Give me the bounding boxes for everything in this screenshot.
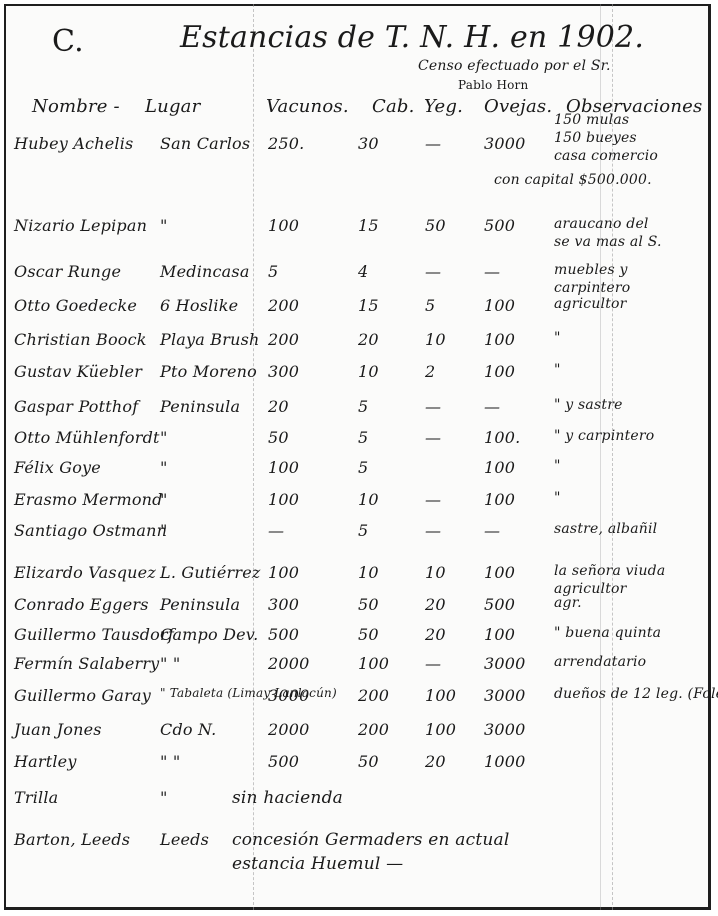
- cell-observaciones: " y carpintero: [554, 428, 654, 444]
- cell-nombre: Nizario Lepipan: [14, 216, 147, 235]
- cell-observaciones: araucano del: [554, 216, 649, 232]
- cell-vacunos: 200: [268, 296, 299, 315]
- fold-line: [253, 4, 254, 910]
- cell-ovejas: —: [484, 262, 500, 281]
- cell-nombre: Barton, Leeds: [14, 830, 130, 849]
- cell-vacunos: 200: [268, 330, 299, 349]
- cell-ovejas: —: [484, 397, 500, 416]
- column-header-lugar: Lugar: [145, 96, 200, 117]
- cell-lugar: Leeds: [160, 830, 209, 849]
- cell-observaciones: 150 bueyes: [554, 130, 637, 146]
- cell-lugar: ": [160, 216, 168, 235]
- cell-yeg: —: [425, 654, 441, 673]
- cell-yeg: 5: [425, 296, 435, 315]
- cell-cab: 4: [358, 262, 368, 281]
- cell-ovejas: 3000: [484, 720, 526, 739]
- cell-observaciones: ": [554, 362, 561, 378]
- cell-vacunos: 250.: [268, 134, 304, 153]
- cell-ovejas: 100: [484, 458, 515, 477]
- cell-cab: 15: [358, 296, 379, 315]
- cell-yeg: —: [425, 262, 441, 281]
- cell-nombre: Christian Boock: [14, 330, 147, 349]
- cell-vacunos: 100: [268, 490, 299, 509]
- cell-ovejas: 100.: [484, 428, 520, 447]
- cell-cab: 10: [358, 490, 379, 509]
- cell-yeg: 20: [425, 752, 446, 771]
- cell-cab: 5: [358, 521, 368, 540]
- cell-observaciones: 150 mulas: [554, 112, 629, 128]
- cell-lugar: ": [160, 458, 168, 477]
- cell-observaciones: sin hacienda: [232, 788, 343, 808]
- cell-observaciones: se va mas al S.: [554, 234, 662, 250]
- cell-lugar: " ": [160, 752, 180, 771]
- cell-lugar: ": [160, 428, 168, 447]
- cell-lugar: Peninsula: [160, 595, 240, 614]
- cell-observaciones: " buena quinta: [554, 625, 661, 641]
- cell-observaciones: carpintero: [554, 280, 630, 296]
- cell-vacunos: 2000: [268, 720, 310, 739]
- cell-lugar: Cdo N.: [160, 720, 216, 739]
- column-header-nombre: Nombre -: [32, 96, 120, 117]
- cell-yeg: —: [425, 521, 441, 540]
- cell-lugar: ": [160, 521, 168, 540]
- cell-lugar: Campo Dev.: [160, 625, 258, 644]
- cell-vacunos: 3000: [268, 686, 310, 705]
- cell-nombre: Gaspar Potthof: [14, 397, 138, 416]
- column-header-cab: Cab.: [372, 96, 415, 117]
- cell-vacunos: 300: [268, 362, 299, 381]
- cell-observaciones: estancia Huemul —: [232, 854, 403, 874]
- cell-lugar: Peninsula: [160, 397, 240, 416]
- cell-yeg: —: [425, 397, 441, 416]
- cell-cab: 20: [358, 330, 379, 349]
- column-header-vacunos: Vacunos.: [266, 96, 349, 117]
- cell-cab: 200: [358, 720, 389, 739]
- cell-nombre: Erasmo Mermond: [14, 490, 163, 509]
- cell-yeg: 10: [425, 563, 446, 582]
- cell-ovejas: 1000: [484, 752, 526, 771]
- cell-cab: 50: [358, 752, 379, 771]
- cell-observaciones: con capital $500.000.: [494, 172, 652, 188]
- cell-vacunos: 20: [268, 397, 289, 416]
- cell-nombre: Elizardo Vasquez: [14, 563, 156, 582]
- cell-cab: 15: [358, 216, 379, 235]
- cell-vacunos: 300: [268, 595, 299, 614]
- cell-observaciones: concesión Germaders en actual: [232, 830, 509, 850]
- cell-yeg: 20: [425, 595, 446, 614]
- cell-cab: 100: [358, 654, 389, 673]
- cell-observaciones: agricultor: [554, 296, 627, 312]
- cell-nombre: Félix Goye: [14, 458, 101, 477]
- cell-lugar: " ": [160, 654, 180, 673]
- column-header-ovejas: Ovejas.: [484, 96, 552, 117]
- cell-observaciones: ": [554, 458, 561, 474]
- cell-cab: 30: [358, 134, 379, 153]
- cell-ovejas: 100: [484, 490, 515, 509]
- cell-ovejas: 500: [484, 216, 515, 235]
- cell-yeg: 50: [425, 216, 446, 235]
- cell-yeg: 20: [425, 625, 446, 644]
- cell-nombre: Santiago Ostmann: [14, 521, 167, 540]
- cell-nombre: Conrado Eggers: [14, 595, 149, 614]
- cell-cab: 5: [358, 428, 368, 447]
- cell-lugar: Medincasa: [160, 262, 250, 281]
- cell-ovejas: 100: [484, 330, 515, 349]
- cell-ovejas: 3000: [484, 686, 526, 705]
- section-letter: C.: [52, 24, 84, 59]
- cell-yeg: 10: [425, 330, 446, 349]
- cell-cab: 10: [358, 362, 379, 381]
- cell-vacunos: 50: [268, 428, 289, 447]
- cell-cab: 5: [358, 458, 368, 477]
- cell-ovejas: 3000: [484, 134, 526, 153]
- census-note: Censo efectuado por el Sr.: [418, 58, 611, 74]
- cell-yeg: —: [425, 428, 441, 447]
- cell-lugar: Playa Brush: [160, 330, 260, 349]
- cell-vacunos: 2000: [268, 654, 310, 673]
- cell-nombre: Guillermo Tausdorf: [14, 625, 174, 644]
- cell-cab: 50: [358, 625, 379, 644]
- cell-ovejas: 500: [484, 595, 515, 614]
- cell-yeg: —: [425, 134, 441, 153]
- cell-nombre: Gustav Küebler: [14, 362, 142, 381]
- cell-lugar: L. Gutiérrez: [160, 563, 261, 582]
- cell-lugar: 6 Hoslike: [160, 296, 238, 315]
- cell-vacunos: 100: [268, 216, 299, 235]
- census-author: Pablo Horn: [458, 78, 528, 92]
- cell-vacunos: 100: [268, 563, 299, 582]
- cell-observaciones: ": [554, 490, 561, 506]
- cell-ovejas: 3000: [484, 654, 526, 673]
- cell-vacunos: 100: [268, 458, 299, 477]
- cell-lugar: ": [160, 788, 168, 807]
- cell-cab: 10: [358, 563, 379, 582]
- cell-ovejas: 100: [484, 362, 515, 381]
- cell-vacunos: 5: [268, 262, 278, 281]
- cell-observaciones: ": [554, 330, 561, 346]
- cell-nombre: Hartley: [14, 752, 77, 771]
- cell-lugar: " Tabaleta (Limay Lanlacún): [160, 686, 337, 700]
- cell-vacunos: 500: [268, 752, 299, 771]
- cell-observaciones: arrendatario: [554, 654, 646, 670]
- cell-observaciones: casa comercio: [554, 148, 658, 164]
- cell-ovejas: 100: [484, 625, 515, 644]
- cell-lugar: ": [160, 490, 168, 509]
- cell-lugar: Pto Moreno: [160, 362, 257, 381]
- cell-observaciones: sastre, albañil: [554, 521, 657, 537]
- cell-nombre: Fermín Salaberry: [14, 654, 159, 673]
- page-title: Estancias de T. N. H. en 1902.: [180, 20, 644, 55]
- cell-nombre: Guillermo Garay: [14, 686, 151, 705]
- cell-observaciones: muebles y: [554, 262, 628, 278]
- cell-nombre: Trilla: [14, 788, 58, 807]
- cell-yeg: —: [425, 490, 441, 509]
- column-header-yeg: Yeg.: [424, 96, 463, 117]
- cell-vacunos: 500: [268, 625, 299, 644]
- cell-observaciones: la señora viuda: [554, 563, 665, 579]
- cell-observaciones: " y sastre: [554, 397, 623, 413]
- cell-yeg: 100: [425, 720, 456, 739]
- cell-nombre: Otto Mühlenfordt: [14, 428, 160, 447]
- cell-cab: 5: [358, 397, 368, 416]
- cell-cab: 50: [358, 595, 379, 614]
- cell-vacunos: —: [268, 521, 284, 540]
- cell-lugar: San Carlos: [160, 134, 250, 153]
- cell-nombre: Oscar Runge: [14, 262, 121, 281]
- cell-observaciones: agr.: [554, 595, 582, 611]
- cell-nombre: Otto Goedecke: [14, 296, 137, 315]
- cell-ovejas: 100: [484, 563, 515, 582]
- cell-nombre: Juan Jones: [14, 720, 102, 739]
- cell-observaciones: dueños de 12 leg. (Foley): [554, 686, 718, 702]
- cell-ovejas: —: [484, 521, 500, 540]
- cell-cab: 200: [358, 686, 389, 705]
- cell-ovejas: 100: [484, 296, 515, 315]
- cell-nombre: Hubey Achelis: [14, 134, 133, 153]
- cell-yeg: 100: [425, 686, 456, 705]
- cell-yeg: 2: [425, 362, 435, 381]
